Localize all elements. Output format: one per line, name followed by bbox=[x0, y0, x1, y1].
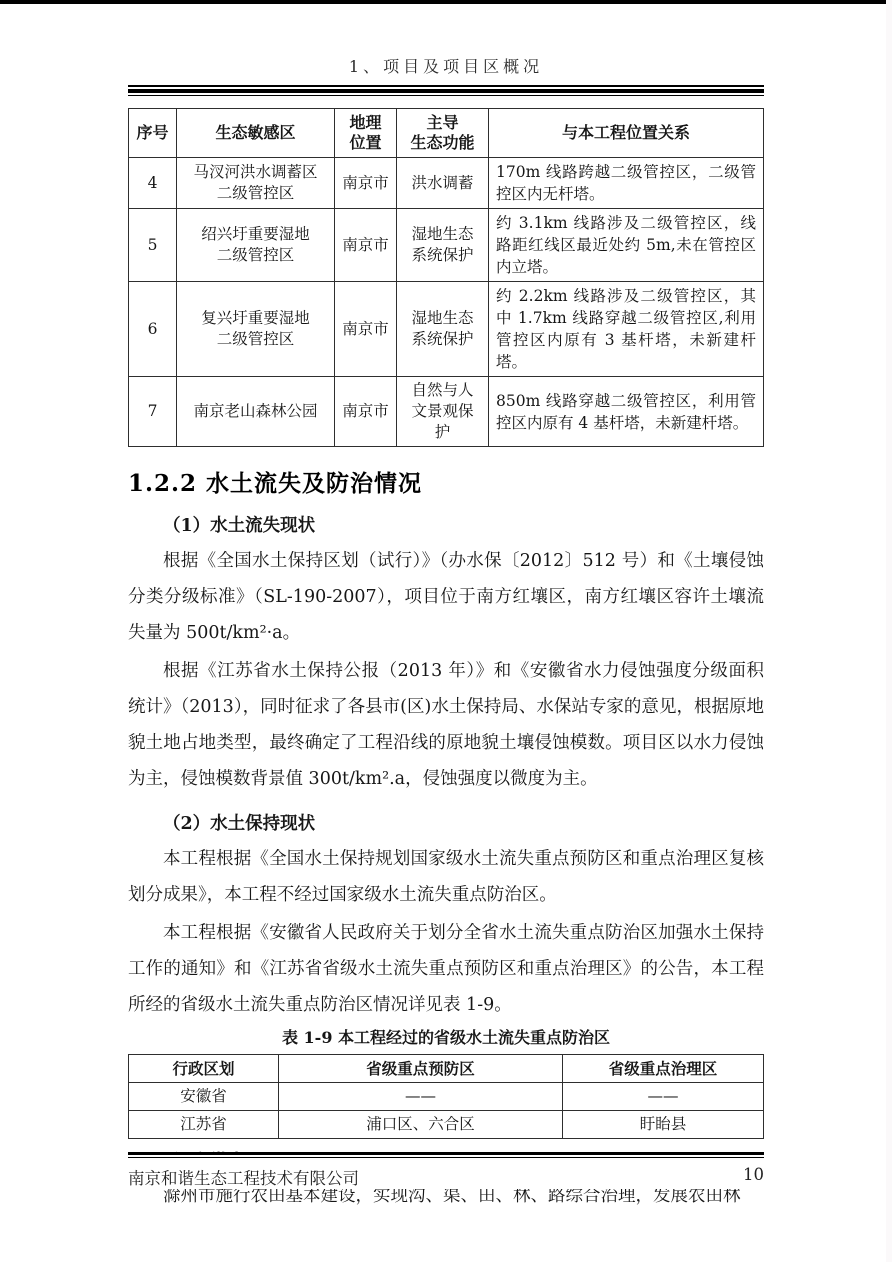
cell-function: 湿地生态 系统保护 bbox=[397, 282, 489, 377]
cell-region: 安徽省 bbox=[129, 1083, 279, 1111]
subsection-heading-2: （2）水土保持现状 bbox=[128, 809, 764, 839]
column-header-prevention: 省级重点预防区 bbox=[279, 1055, 563, 1083]
cell-no: 6 bbox=[129, 282, 177, 377]
cell-prevention: —— bbox=[279, 1083, 563, 1111]
rule-line-thick bbox=[128, 89, 764, 93]
footer-company-name: 南京和谐生态工程技术有限公司 bbox=[128, 1165, 359, 1189]
cell-relation: 约 3.1km 线路涉及二级管控区，线路距红线区最近处约 5m,未在管控区内立塔… bbox=[489, 209, 764, 282]
rule-line-thin bbox=[128, 85, 764, 87]
paragraph: 根据《江苏省水土保持公报（2013 年）》和《安徽省水力侵蚀强度分级面积统计》（… bbox=[128, 653, 764, 797]
column-header-relation: 与本工程位置关系 bbox=[489, 109, 764, 158]
table-row: 5 绍兴圩重要湿地 二级管控区 南京市 湿地生态 系统保护 约 3.1km 线路… bbox=[129, 209, 764, 282]
rule-line-hair bbox=[128, 95, 764, 96]
table-header-row: 序号 生态敏感区 地理 位置 主导 生态功能 与本工程位置关系 bbox=[129, 109, 764, 158]
column-header-region: 行政区划 bbox=[129, 1055, 279, 1083]
table-caption: 表 1-9 本工程经过的省级水土流失重点防治区 bbox=[128, 1027, 764, 1049]
cell-treatment: 盱眙县 bbox=[563, 1111, 764, 1139]
cell-city: 南京市 bbox=[335, 158, 397, 209]
document-page: 1、项目及项目区概况 序号 生态敏感区 地理 位置 主导 生态功能 与本工程位置… bbox=[0, 0, 892, 1262]
footer-double-rule bbox=[128, 1152, 764, 1158]
table-row: 4 马汊河洪水调蓄区 二级管控区 南京市 洪水调蓄 170m 线路跨越二级管控区… bbox=[129, 158, 764, 209]
cell-city: 南京市 bbox=[335, 282, 397, 377]
cell-function: 洪水调蓄 bbox=[397, 158, 489, 209]
subsection-heading-1: （1）水土流失现状 bbox=[128, 511, 764, 541]
section-heading: 1.2.2 水土流失及防治情况 bbox=[128, 469, 764, 499]
column-header-area: 生态敏感区 bbox=[177, 109, 335, 158]
column-header-function: 主导 生态功能 bbox=[397, 109, 489, 158]
column-header-location: 地理 位置 bbox=[335, 109, 397, 158]
cell-city: 南京市 bbox=[335, 209, 397, 282]
table-row: 6 复兴圩重要湿地 二级管控区 南京市 湿地生态 系统保护 约 2.2km 线路… bbox=[129, 282, 764, 377]
column-header-treatment: 省级重点治理区 bbox=[563, 1055, 764, 1083]
rule-line-thick bbox=[128, 1152, 764, 1155]
cell-function: 湿地生态 系统保护 bbox=[397, 209, 489, 282]
cell-no: 7 bbox=[129, 377, 177, 447]
table-row: 安徽省 —— —— bbox=[129, 1083, 764, 1111]
scan-right-edge bbox=[886, 0, 892, 1262]
cell-area: 复兴圩重要湿地 二级管控区 bbox=[177, 282, 335, 377]
page-footer: 南京和谐生态工程技术有限公司 10 bbox=[128, 1152, 764, 1189]
cell-relation: 850m 线路穿越二级管控区，利用管控区内原有 4 基杆塔，未新建杆塔。 bbox=[489, 377, 764, 447]
page-content: 1、项目及项目区概况 序号 生态敏感区 地理 位置 主导 生态功能 与本工程位置… bbox=[128, 0, 764, 1211]
cell-no: 4 bbox=[129, 158, 177, 209]
erosion-control-zones-table: 行政区划 省级重点预防区 省级重点治理区 安徽省 —— —— 江苏省 浦口区、六… bbox=[128, 1054, 764, 1139]
table-header-row: 行政区划 省级重点预防区 省级重点治理区 bbox=[129, 1055, 764, 1083]
table-row: 7 南京老山森林公园 南京市 自然与人 文景观保 护 850m 线路穿越二级管控… bbox=[129, 377, 764, 447]
paragraph: 根据《全国水土保持区划（试行）》（办水保〔2012〕512 号）和《土壤侵蚀分类… bbox=[128, 543, 764, 651]
cell-relation: 170m 线路跨越二级管控区，二级管控区内无杆塔。 bbox=[489, 158, 764, 209]
column-header-no: 序号 bbox=[129, 109, 177, 158]
paragraph: 本工程根据《全国水土保持规划国家级水土流失重点预防区和重点治理区复核划分成果》，… bbox=[128, 841, 764, 913]
cell-area: 马汊河洪水调蓄区 二级管控区 bbox=[177, 158, 335, 209]
cell-prevention: 浦口区、六合区 bbox=[279, 1111, 563, 1139]
header-double-rule bbox=[128, 85, 764, 96]
table-row: 江苏省 浦口区、六合区 盱眙县 bbox=[129, 1111, 764, 1139]
cell-area: 绍兴圩重要湿地 二级管控区 bbox=[177, 209, 335, 282]
page-number: 10 bbox=[743, 1165, 764, 1189]
cell-area: 南京老山森林公园 bbox=[177, 377, 335, 447]
running-header: 1、项目及项目区概况 bbox=[128, 54, 764, 77]
sensitive-areas-table: 序号 生态敏感区 地理 位置 主导 生态功能 与本工程位置关系 4 马汊河洪水调… bbox=[128, 108, 764, 447]
rule-line-hair bbox=[128, 1157, 764, 1158]
cell-function: 自然与人 文景观保 护 bbox=[397, 377, 489, 447]
cell-region: 江苏省 bbox=[129, 1111, 279, 1139]
cell-city: 南京市 bbox=[335, 377, 397, 447]
cell-no: 5 bbox=[129, 209, 177, 282]
paragraph: 本工程根据《安徽省人民政府关于划分全省水土流失重点防治区加强水土保持工作的通知》… bbox=[128, 915, 764, 1023]
cell-treatment: —— bbox=[563, 1083, 764, 1111]
cell-relation: 约 2.2km 线路涉及二级管控区，其中 1.7km 线路穿越二级管控区,利用管… bbox=[489, 282, 764, 377]
